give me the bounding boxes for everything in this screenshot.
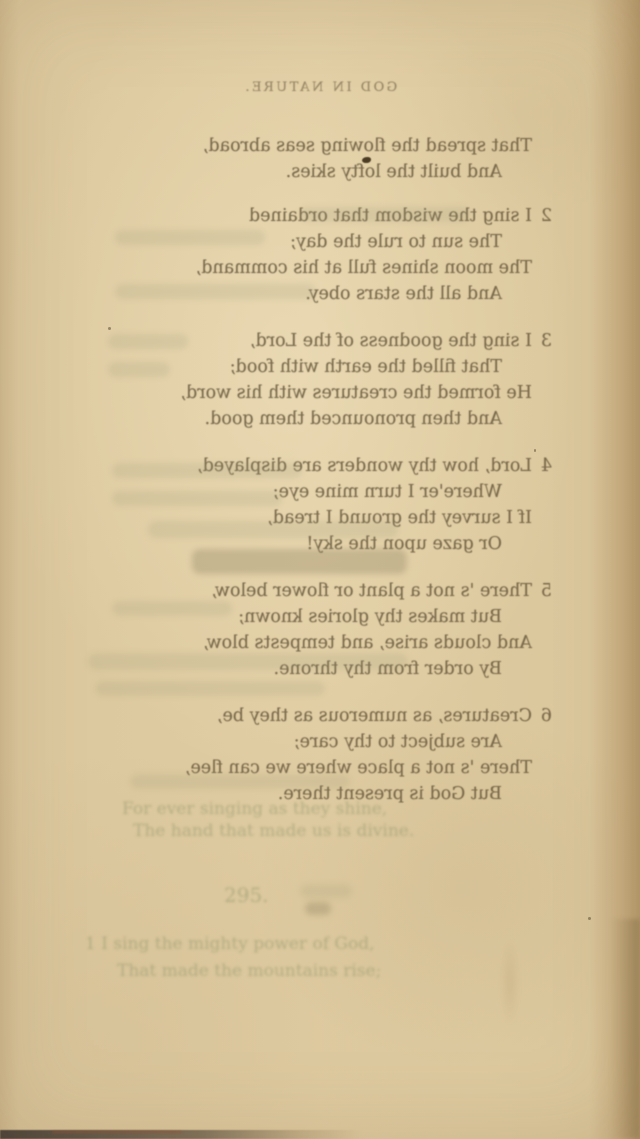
hymn-line: 6Creatures, as numerous as they be,: [72, 703, 532, 729]
verse-number: 2: [541, 203, 552, 229]
hymn-line: The sun to rule the day;: [72, 229, 502, 255]
hymn-stanza: 3I sing the goodness of the Lord,That fi…: [72, 328, 532, 432]
hymn-stanza: That spread the flowing seas abroad,And …: [72, 133, 532, 185]
hymn-line: And all the stars obey.: [72, 281, 502, 307]
hymn-line: 2I sing the wisdom that ordained: [72, 203, 532, 229]
hymn-stanza: 2I sing the wisdom that ordainedThe sun …: [72, 203, 532, 307]
verse-number: 5: [541, 578, 552, 604]
hymn-line: And clouds arise, and tempests blow,: [72, 630, 532, 656]
hymn-stanzas-mirrored: That spread the flowing seas abroad,And …: [72, 133, 532, 828]
hymn-line: There 's not a place where we can flee,: [72, 755, 532, 781]
hymn-line: The moon shines full at his command,: [72, 255, 532, 281]
hymn-line: And then pronounced them good.: [72, 406, 502, 432]
hymn-line: Or gaze upon the sky!: [72, 531, 502, 557]
page-curl-shadow: [610, 919, 640, 1139]
hymn-line: If I survey the ground I tread,: [72, 505, 532, 531]
hymn-line: That spread the flowing seas abroad,: [72, 133, 532, 159]
hymn-line: But makes thy glories known;: [72, 604, 502, 630]
hymn-stanza: 4Lord, how thy wonders are displayed,Whe…: [72, 453, 532, 557]
dust-speck: [588, 917, 591, 920]
hymn-line: He formed the creatures with his word,: [72, 380, 532, 406]
hymn-line: 3I sing the goodness of the Lord,: [72, 328, 532, 354]
hymn-line: That filled the earth with food;: [72, 354, 502, 380]
scanned-hymnal-page: GOD IN NATURE. That spread the flowing s…: [0, 0, 640, 1139]
hymn-line: 4Lord, how thy wonders are displayed,: [72, 453, 532, 479]
dust-speck: [108, 327, 111, 330]
rust-mark: [52, 1131, 182, 1134]
paper-stain: [497, 925, 523, 1040]
hymn-stanza: 6Creatures, as numerous as they be,Are s…: [72, 703, 532, 807]
dust-speck: [534, 449, 536, 452]
verse-number: 6: [541, 703, 552, 729]
running-header-mirrored: GOD IN NATURE.: [100, 80, 540, 95]
hymn-line: 5There 's not a plant or flower below,: [72, 578, 532, 604]
hymn-line: Are subject to thy care;: [72, 729, 502, 755]
hymn-line: By order from thy throne.: [72, 656, 502, 682]
hymn-line: But God is present there.: [72, 781, 502, 807]
verse-number: 3: [541, 328, 552, 354]
verse-number: 4: [541, 453, 552, 479]
hymn-line: Where'er I turn mine eye;: [72, 479, 502, 505]
hymn-stanza: 5There 's not a plant or flower below,Bu…: [72, 578, 532, 682]
hymn-line: And built the lofty skies.: [72, 159, 502, 185]
bleed-through-layer: GOD IN NATURE. That spread the flowing s…: [0, 0, 640, 1139]
